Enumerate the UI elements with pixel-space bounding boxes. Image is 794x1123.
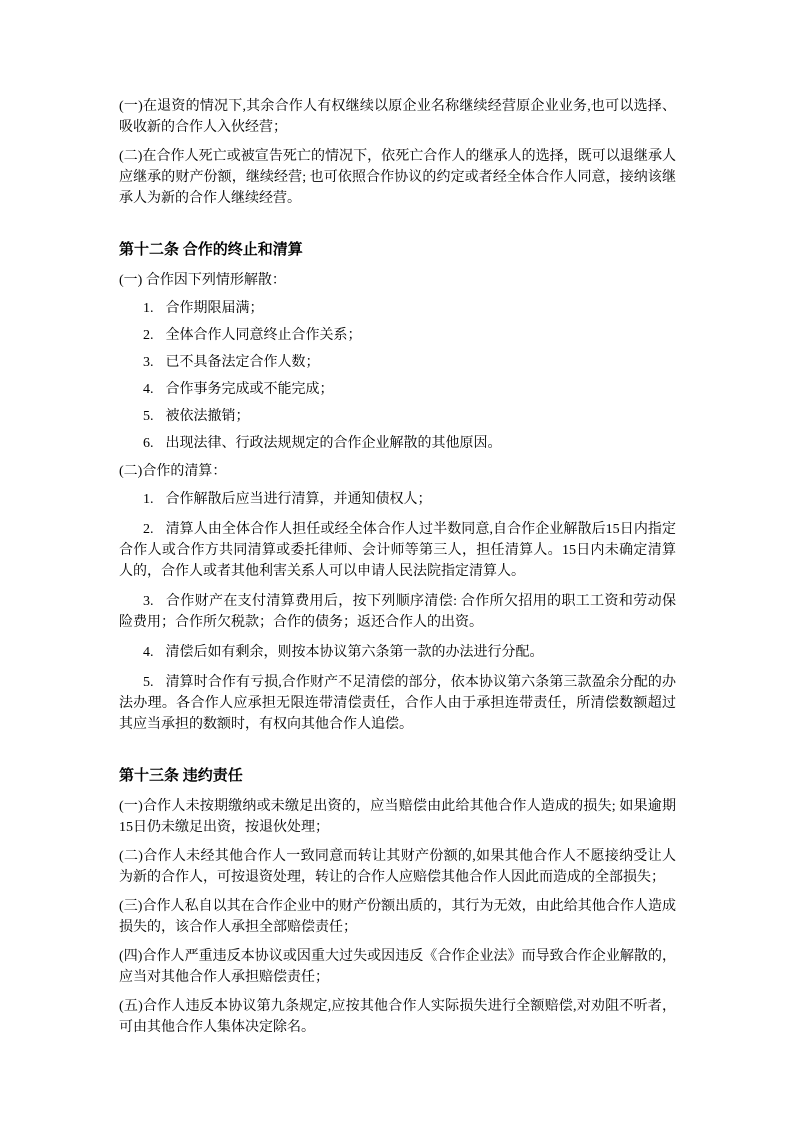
liquidation-intro: (二)合作的清算：: [119, 461, 676, 482]
liquidation-list: 1.合作解散后应当进行清算，并通知债权人； 2.清算人由全体合作人担任或经全体合…: [119, 489, 676, 735]
item-number: 1.: [143, 301, 166, 316]
item-number: 2.: [143, 328, 166, 343]
item-number: 3.: [143, 355, 166, 370]
item-text: 全体合作人同意终止合作关系；: [166, 328, 362, 343]
item-text: 已不具备法定合作人数；: [166, 355, 320, 370]
item-text: 被依法撤销；: [166, 409, 250, 424]
breach-paragraph-5: (五)合作人违反本协议第九条规定,应按其他合作人实际损失进行全额赔偿,对劝阻不听…: [119, 996, 676, 1038]
item-number: 6.: [143, 436, 166, 451]
liquidation-item-4: 4.清偿后如有剩余，则按本协议第六条第一款的办法进行分配。: [119, 642, 676, 663]
item-number: 5.: [143, 675, 166, 690]
item-text: 清算时合作有亏损,合作财产不足清偿的部分，依本协议第六条第三款盈余分配的办法办理…: [119, 675, 676, 732]
dissolution-item-1: 1.合作期限届满；: [119, 298, 676, 319]
item-number: 4.: [143, 382, 166, 397]
item-text: 清算人由全体合作人担任或经全体合作人过半数同意,自合作企业解散后15日内指定合作…: [119, 522, 676, 579]
intro-paragraph-1: (一)在退资的情况下,其余合作人有权继续以原企业名称继续经营原企业业务,也可以选…: [119, 96, 676, 138]
item-number: 5.: [143, 409, 166, 424]
breach-paragraph-2: (二)合作人未经其他合作人一致同意而转让其财产份额的,如果其他合作人不愿接纳受让…: [119, 846, 676, 888]
item-number: 3.: [143, 594, 166, 609]
liquidation-item-1: 1.合作解散后应当进行清算，并通知债权人；: [119, 489, 676, 510]
liquidation-item-5: 5.清算时合作有亏损,合作财产不足清偿的部分，依本协议第六条第三款盈余分配的办法…: [119, 672, 676, 735]
dissolution-list: 1.合作期限届满； 2.全体合作人同意终止合作关系； 3.已不具备法定合作人数；…: [119, 298, 676, 454]
item-text: 出现法律、行政法规规定的合作企业解散的其他原因。: [166, 436, 502, 451]
item-number: 4.: [143, 645, 166, 660]
breach-paragraph-4: (四)合作人严重违反本协议或因重大过失或因违反《合作企业法》而导致合作企业解散的…: [119, 946, 676, 988]
dissolution-intro: (一) 合作因下列情形解散：: [119, 270, 676, 291]
article-13-heading: 第十三条 违约责任: [119, 765, 676, 787]
document-page: (一)在退资的情况下,其余合作人有权继续以原企业名称继续经营原企业业务,也可以选…: [0, 0, 794, 1123]
intro-paragraph-2: (二)在合作人死亡或被宣告死亡的情况下，依死亡合作人的继承人的选择，既可以退继承…: [119, 146, 676, 209]
item-text: 合作期限届满；: [166, 301, 264, 316]
article-12-heading: 第十二条 合作的终止和清算: [119, 239, 676, 261]
dissolution-item-3: 3.已不具备法定合作人数；: [119, 352, 676, 373]
breach-paragraph-3: (三)合作人私自以其在合作企业中的财产份额出质的，其行为无效，由此给其他合作人造…: [119, 896, 676, 938]
dissolution-item-6: 6.出现法律、行政法规规定的合作企业解散的其他原因。: [119, 433, 676, 454]
dissolution-item-4: 4.合作事务完成或不能完成；: [119, 379, 676, 400]
item-number: 1.: [143, 492, 166, 507]
item-number: 2.: [143, 522, 166, 537]
liquidation-item-2: 2.清算人由全体合作人担任或经全体合作人过半数同意,自合作企业解散后15日内指定…: [119, 519, 676, 582]
breach-paragraph-1: (一)合作人未按期缴纳或未缴足出资的，应当赔偿由此给其他合作人造成的损失; 如果…: [119, 796, 676, 838]
liquidation-item-3: 3.合作财产在支付清算费用后，按下列顺序清偿: 合作所欠招用的职工工资和劳动保险…: [119, 591, 676, 633]
item-text: 合作财产在支付清算费用后，按下列顺序清偿: 合作所欠招用的职工工资和劳动保险费用…: [119, 594, 676, 630]
item-text: 合作事务完成或不能完成；: [166, 382, 334, 397]
dissolution-item-2: 2.全体合作人同意终止合作关系；: [119, 325, 676, 346]
item-text: 清偿后如有剩余，则按本协议第六条第一款的办法进行分配。: [166, 645, 544, 660]
item-text: 合作解散后应当进行清算，并通知债权人；: [166, 492, 432, 507]
dissolution-item-5: 5.被依法撤销；: [119, 406, 676, 427]
